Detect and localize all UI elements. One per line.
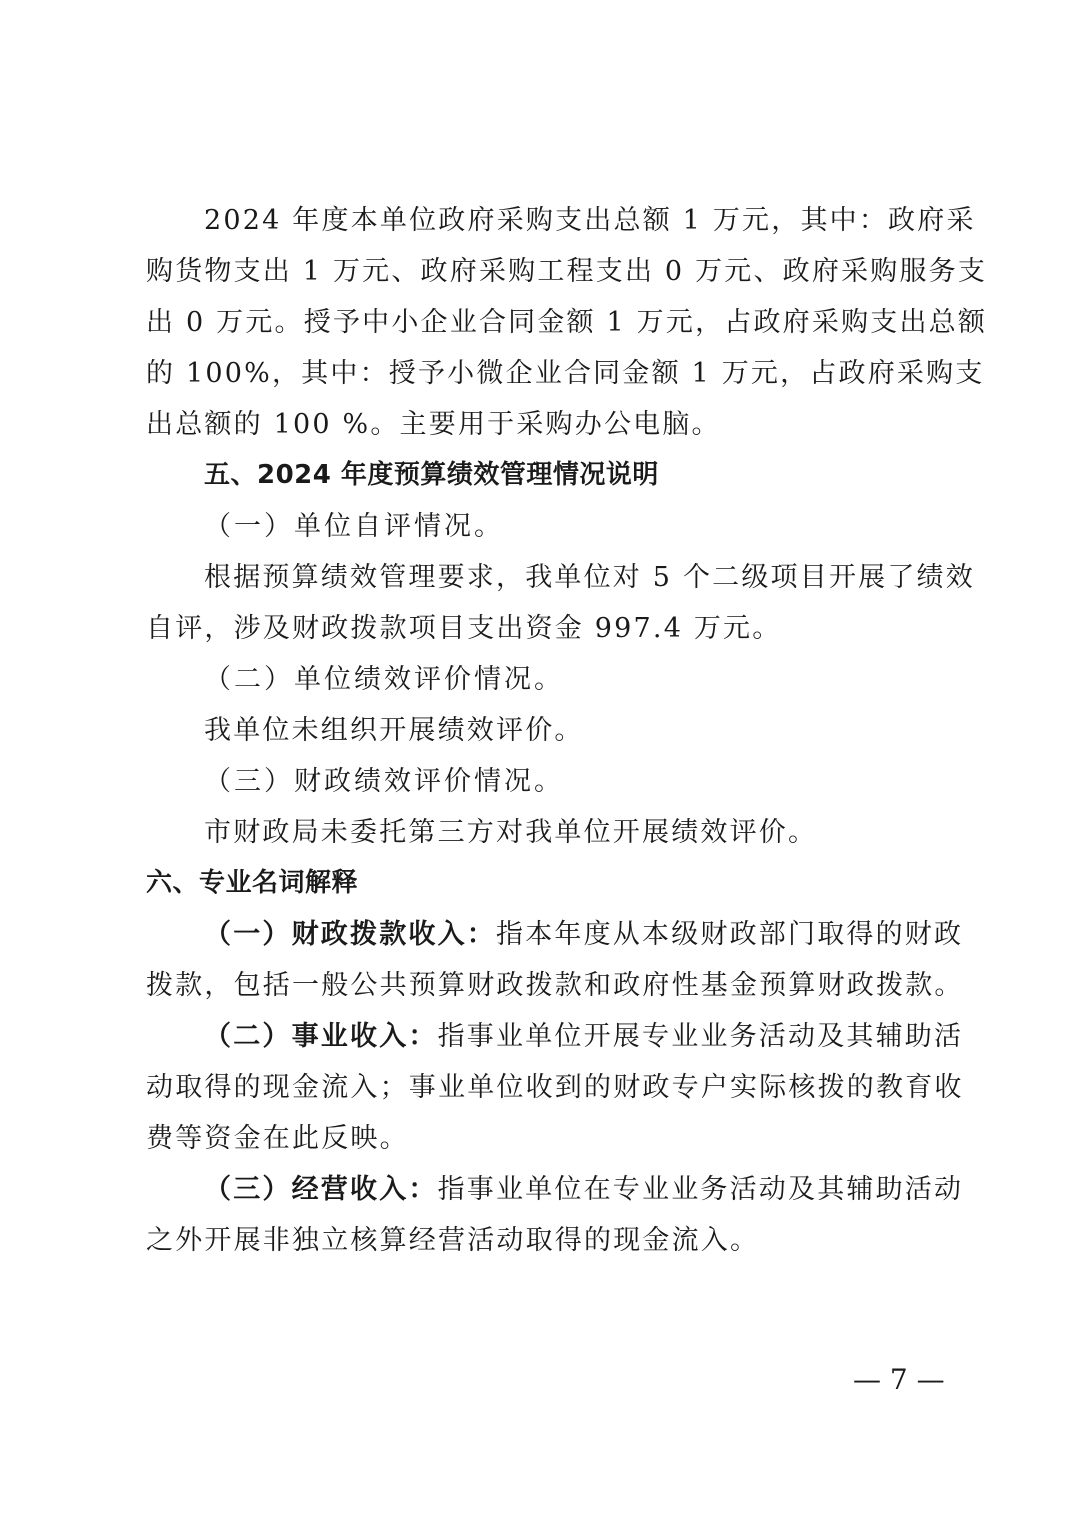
paragraph-line: 出总额的 100 %。主要用于采购办公电脑。 xyxy=(146,399,721,450)
subsection-title: （二）单位绩效评价情况。 xyxy=(204,654,564,705)
paragraph-line: 我单位未组织开展绩效评价。 xyxy=(204,705,584,756)
paragraph-line: 拨款，包括一般公共预算财政拨款和政府性基金预算财政拨款。 xyxy=(146,960,964,1011)
term-definition: （二）事业收入：指事业单位开展专业业务活动及其辅助活 xyxy=(204,1011,963,1062)
subsection-title: （一）单位自评情况。 xyxy=(204,501,504,552)
paragraph-line: 购货物支出 1 万元、政府采购工程支出 0 万元、政府采购服务支 xyxy=(146,246,987,297)
paragraph-line: 2024 年度本单位政府采购支出总额 1 万元，其中：政府采 xyxy=(204,195,976,246)
paragraph-line: 的 100%，其中：授予小微企业合同金额 1 万元，占政府采购支 xyxy=(146,348,985,399)
paragraph-line: 之外开展非独立核算经营活动取得的现金流入。 xyxy=(146,1215,759,1266)
paragraph-line: 市财政局未委托第三方对我单位开展绩效评价。 xyxy=(204,807,817,858)
term-text: 指事业单位在专业业务活动及其辅助活动 xyxy=(438,1174,964,1205)
paragraph-line: 费等资金在此反映。 xyxy=(146,1113,409,1164)
term-text: 指事业单位开展专业业务活动及其辅助活 xyxy=(438,1021,964,1052)
paragraph-line: 出 0 万元。授予中小企业合同金额 1 万元，占政府采购支出总额 xyxy=(146,297,987,348)
term-label: （一）财政拨款收入： xyxy=(204,919,496,950)
term-text: 指本年度从本级财政部门取得的财政 xyxy=(496,919,963,950)
page-number: — 7 — xyxy=(853,1362,945,1398)
subsection-title: （三）财政绩效评价情况。 xyxy=(204,756,564,807)
section-heading-5: 五、2024 年度预算绩效管理情况说明 xyxy=(204,450,659,501)
paragraph-line: 动取得的现金流入；事业单位收到的财政专户实际核拨的教育收 xyxy=(146,1062,964,1113)
term-label: （三）经营收入： xyxy=(204,1174,438,1205)
paragraph-line: 根据预算绩效管理要求，我单位对 5 个二级项目开展了绩效 xyxy=(204,552,975,603)
section-heading-6: 六、专业名词解释 xyxy=(146,858,358,909)
term-label: （二）事业收入： xyxy=(204,1021,438,1052)
term-definition: （一）财政拨款收入：指本年度从本级财政部门取得的财政 xyxy=(204,909,963,960)
paragraph-line: 自评，涉及财政拨款项目支出资金 997.4 万元。 xyxy=(146,603,781,654)
term-definition: （三）经营收入：指事业单位在专业业务活动及其辅助活动 xyxy=(204,1164,963,1215)
